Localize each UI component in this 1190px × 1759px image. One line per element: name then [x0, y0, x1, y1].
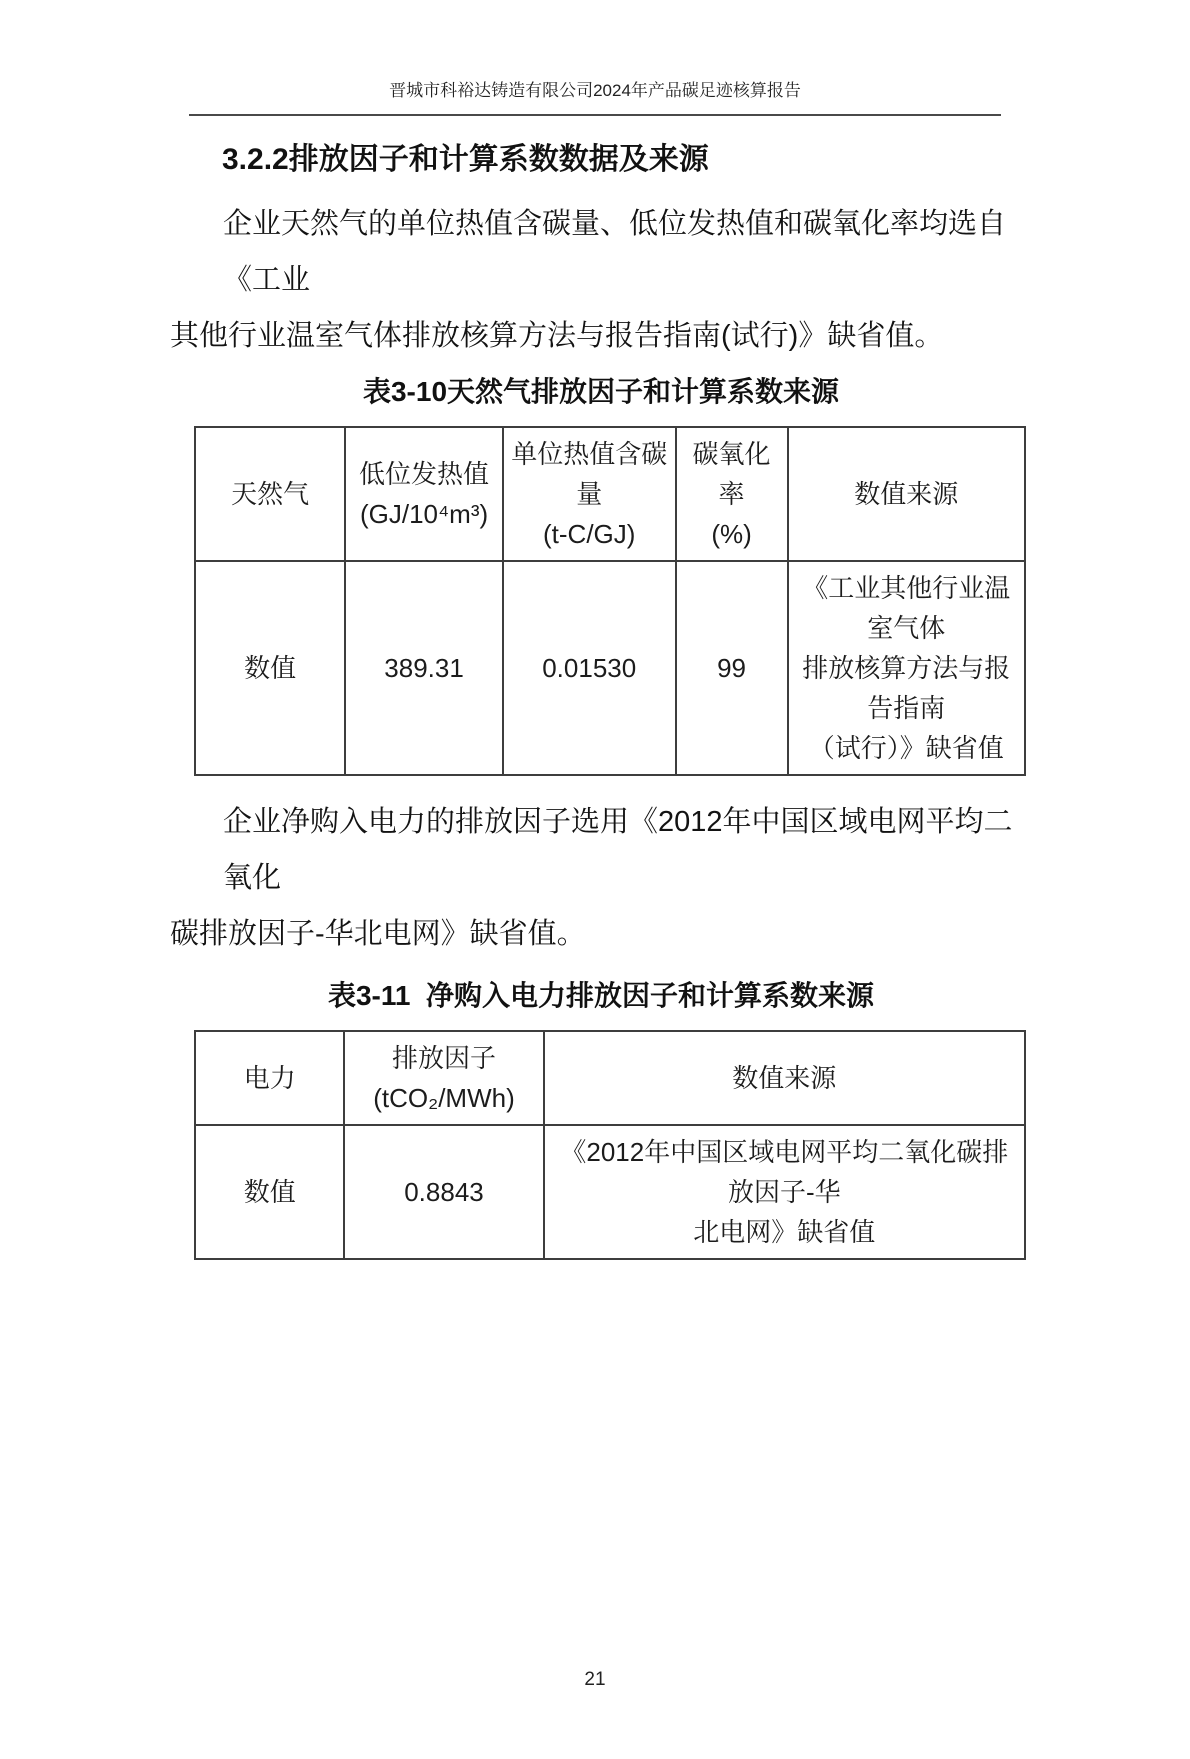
- header-unit: (%): [681, 514, 783, 554]
- table-3-11: 电力 排放因子 (tCO₂/MWh) 数值来源 数值 0.8843 《2012年…: [194, 1030, 1026, 1260]
- header-cell-value-source: 数值来源: [544, 1031, 1025, 1125]
- paragraph-electricity: 企业净购入电力的排放因子选用《2012年中国区域电网平均二氧化 碳排放因子-华北…: [170, 794, 1032, 962]
- cell-low-heating-value: 389.31: [345, 561, 503, 775]
- cell-carbon-per-heat: 0.01530: [503, 561, 676, 775]
- table-3-10-title: 表3-10天然气排放因子和计算系数来源: [170, 374, 1032, 410]
- header-label: 碳氧化率: [681, 434, 783, 514]
- page-number: 21: [0, 1669, 1190, 1691]
- page-header-title: 晋城市科裕达铸造有限公司2024年产品碳足迹核算报告: [389, 81, 801, 100]
- header-cell-electricity: 电力: [195, 1031, 344, 1125]
- header-label: 低位发热值: [350, 454, 498, 494]
- header-cell-value-source: 数值来源: [788, 427, 1025, 561]
- header-cell-carbon-per-heat: 单位热值含碳量 (t-C/GJ): [503, 427, 676, 561]
- cell-value-source: 《2012年中国区域电网平均二氧化碳排放因子-华 北电网》缺省值: [544, 1125, 1025, 1259]
- header-cell-oxidation-rate: 碳氧化率 (%): [676, 427, 788, 561]
- source-line: 《工业其他行业温室气体: [793, 568, 1020, 648]
- source-line: （试行）》缺省值: [793, 728, 1020, 768]
- paragraph-line: 企业净购入电力的排放因子选用《2012年中国区域电网平均二氧化: [170, 794, 1032, 906]
- cell-row-label: 数值: [195, 1125, 344, 1259]
- paragraph-line: 其他行业温室气体排放核算方法与报告指南(试行)》缺省值。: [170, 308, 1032, 364]
- header-cell-low-heating-value: 低位发热值 (GJ/10⁴m³): [345, 427, 503, 561]
- header-label: 排放因子: [349, 1038, 538, 1078]
- cell-value-source: 《工业其他行业温室气体 排放核算方法与报告指南 （试行）》缺省值: [788, 561, 1025, 775]
- table-row: 数值 389.31 0.01530 99 《工业其他行业温室气体 排放核算方法与…: [195, 561, 1025, 775]
- table-header-row: 电力 排放因子 (tCO₂/MWh) 数值来源: [195, 1031, 1025, 1125]
- page-content: 3.2.2排放因子和计算系数数据及来源 企业天然气的单位热值含碳量、低位发热值和…: [0, 142, 1190, 1260]
- cell-oxidation-rate: 99: [676, 561, 788, 775]
- table-row: 数值 0.8843 《2012年中国区域电网平均二氧化碳排放因子-华 北电网》缺…: [195, 1125, 1025, 1259]
- cell-row-label: 数值: [195, 561, 345, 775]
- paragraph-line: 企业天然气的单位热值含碳量、低位发热值和碳氧化率均选自《工业: [170, 196, 1032, 308]
- header-unit: (t-C/GJ): [508, 514, 671, 554]
- header-cell-emission-factor: 排放因子 (tCO₂/MWh): [344, 1031, 543, 1125]
- page-header: 晋城市科裕达铸造有限公司2024年产品碳足迹核算报告: [189, 76, 1001, 116]
- source-line: 北电网》缺省值: [549, 1212, 1020, 1252]
- table-header-row: 天然气 低位发热值 (GJ/10⁴m³) 单位热值含碳量 (t-C/GJ) 碳氧…: [195, 427, 1025, 561]
- source-line: 排放核算方法与报告指南: [793, 648, 1020, 728]
- section-heading: 3.2.2排放因子和计算系数数据及来源: [222, 142, 1032, 178]
- paragraph-line: 碳排放因子-华北电网》缺省值。: [170, 906, 1032, 962]
- header-label: 数值来源: [793, 474, 1020, 514]
- header-label: 数值来源: [549, 1058, 1020, 1098]
- table-3-11-title: 表3-11 净购入电力排放因子和计算系数来源: [170, 978, 1032, 1014]
- header-unit: (tCO₂/MWh): [349, 1078, 538, 1118]
- header-label: 单位热值含碳量: [508, 434, 671, 514]
- paragraph-natural-gas: 企业天然气的单位热值含碳量、低位发热值和碳氧化率均选自《工业 其他行业温室气体排…: [170, 196, 1032, 364]
- source-line: 《2012年中国区域电网平均二氧化碳排放因子-华: [549, 1132, 1020, 1212]
- table-3-10: 天然气 低位发热值 (GJ/10⁴m³) 单位热值含碳量 (t-C/GJ) 碳氧…: [194, 426, 1026, 776]
- header-unit: (GJ/10⁴m³): [350, 494, 498, 534]
- header-cell-natural-gas: 天然气: [195, 427, 345, 561]
- cell-emission-factor: 0.8843: [344, 1125, 543, 1259]
- header-label: 电力: [200, 1058, 339, 1098]
- header-label: 天然气: [200, 474, 340, 514]
